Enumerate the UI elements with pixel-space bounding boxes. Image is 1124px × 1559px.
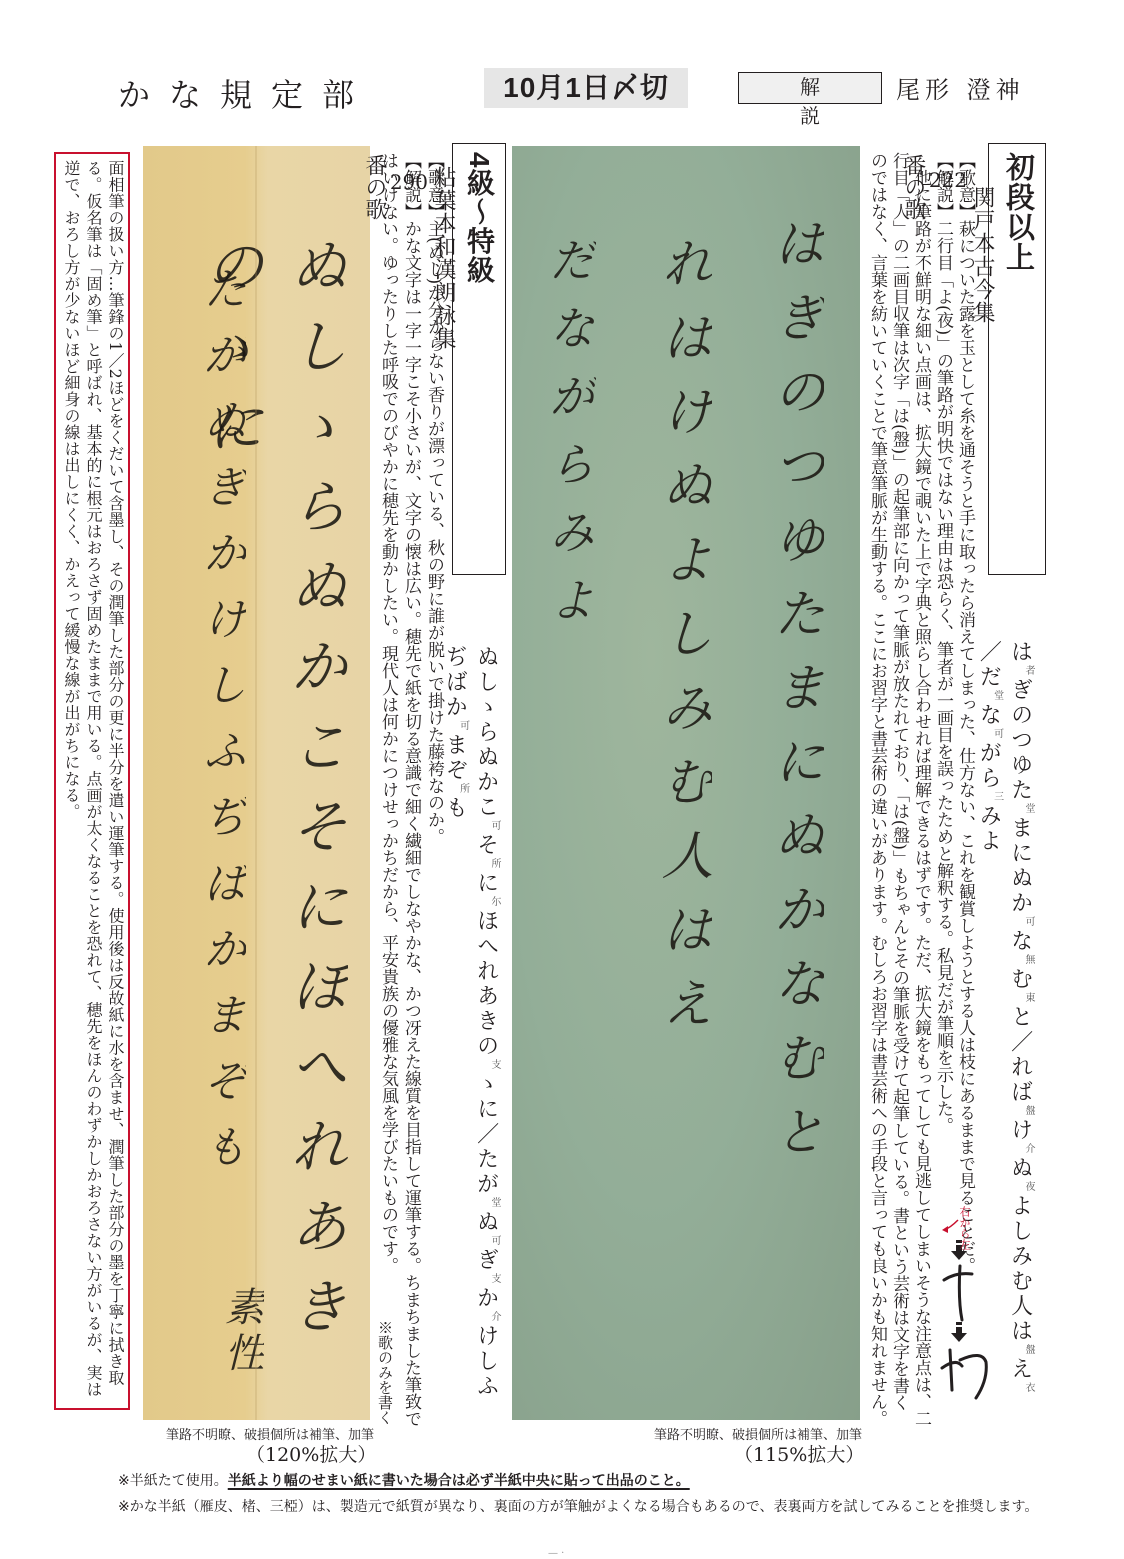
source-kanji-annotation: 可	[992, 728, 1003, 741]
photo-scale-left: （120%拡大）	[246, 1440, 376, 1467]
grade-label: 4級〜特級	[459, 152, 499, 566]
poem-segment: ぎ	[474, 1248, 499, 1273]
source-kanji-annotation: 介	[489, 1311, 500, 1324]
source-kanji-annotation: 堂	[992, 690, 1003, 703]
poem-segment: は	[1008, 640, 1033, 665]
section-title: かな規定部	[118, 70, 373, 116]
grade-label: 初段以上	[998, 152, 1039, 566]
poem-number: 222	[929, 168, 967, 566]
calligraphy-photo-shodan: はぎのつゆたまにぬかなむと れはけぬよしみむ人はえ だながらみよ	[512, 146, 860, 1420]
photo-scale-right: （115%拡大）	[734, 1440, 864, 1467]
poem-segment: え	[1008, 1357, 1033, 1382]
poem-segment: ぎのつゆ	[1008, 678, 1033, 778]
brush-stroke-2	[942, 1350, 986, 1398]
poem-segment: よしみむ人	[1008, 1194, 1033, 1319]
grade-box-4kyu: 4級〜特級 粘葉本和漢朗詠集 290 番の歌	[452, 143, 506, 575]
footer-note-1: ※半紙たて使用。半紙より幅のせまい紙に書いた場合は必ず半紙中央に貼って出品のこと…	[118, 1470, 690, 1490]
poem-number-suffix: 番の歌	[898, 154, 929, 566]
poem-segment: か	[442, 695, 467, 720]
poem-segment: がら	[976, 741, 1001, 791]
source-title: 関戸本古今集	[967, 186, 998, 566]
source-title: 粘葉本和漢朗詠集	[428, 166, 459, 566]
source-kanji-annotation: 三	[992, 791, 1003, 804]
poem-segment: の	[474, 1034, 499, 1059]
poem-segment: ／だ	[976, 640, 1001, 690]
source-kanji-annotation: 堂	[489, 1197, 500, 1210]
brush-column-3: だながらみよ	[536, 236, 602, 936]
source-kanji-annotation: 堂	[1023, 803, 1034, 816]
poem-segment: か	[474, 1286, 499, 1311]
source-kanji-annotation: 東	[1023, 992, 1034, 1005]
poem-segment: まにぬ	[1008, 816, 1033, 891]
poem-segment: まぞ	[442, 733, 467, 783]
footer-note-2: ※かな半紙（雁皮、楮、三椏）は、製造元で紙質が異なり、裏面の方が筆触がよくなる場…	[118, 1496, 1038, 1516]
poem-segment: ゝに／た	[474, 1072, 499, 1172]
brush-handling-note: 面相筆の扱い方…筆鋒の1／2ほどをくだいて含墨し、その潤筆した部分の更に半分を遣…	[54, 152, 130, 1410]
source-kanji-annotation: 盤	[1023, 1344, 1034, 1357]
poem-segment: も	[442, 796, 467, 821]
source-kanji-annotation: 者	[1023, 665, 1034, 678]
stroke-direction-label: 右から左	[956, 1206, 972, 1250]
source-kanji-annotation: 無	[1023, 954, 1034, 967]
poem-segment: ぬしゝらぬか	[474, 645, 499, 795]
grade-box-shodan: 初段以上 関戸本古今集 222 番の歌	[988, 143, 1046, 575]
seal-signature: 素性	[213, 1286, 270, 1378]
poem-segment: みよ	[976, 804, 1001, 854]
brush-column-2: れはけぬよしみむ人はえ	[645, 236, 720, 1336]
poem-segment: こ	[474, 795, 499, 820]
poem-segment: な	[976, 703, 1001, 728]
source-kanji-annotation: 尓	[489, 896, 500, 909]
author-name: 尾形 澄神	[896, 70, 1025, 105]
poem-segment: そ	[474, 833, 499, 858]
source-kanji-annotation: 支	[489, 1059, 500, 1072]
poem-segment: た	[1008, 778, 1033, 803]
calligraphy-photo-4kyu: ぬしゝらぬかこそにほへれあきのゝに たがぬぎかけしふぢばかまぞも 素性	[143, 146, 370, 1420]
source-kanji-annotation: 可	[489, 820, 500, 833]
poem-segment: は	[1008, 1319, 1033, 1344]
poem-segment: な	[1008, 929, 1033, 954]
poem-segment: ぬ	[474, 1210, 499, 1235]
source-kanji-annotation: 支	[489, 1273, 500, 1286]
note-text: 面相筆の扱い方…筆鋒の1／2ほどをくだいて含墨し、その潤筆した部分の更に半分を遣…	[60, 160, 126, 1402]
poem-segment: ぬ	[1008, 1156, 1033, 1181]
source-kanji-annotation: 衣	[1023, 1382, 1034, 1395]
brush-column-2: たがぬぎかけしふぢばかまぞも	[188, 266, 252, 1266]
brush-stroke-1	[944, 1266, 972, 1320]
source-kanji-annotation: 介	[1023, 1143, 1034, 1156]
source-kanji-annotation: 可	[458, 720, 469, 733]
paper-seam	[255, 146, 257, 1420]
source-kanji-annotation: 可	[489, 1235, 500, 1248]
footer-emphasis: 半紙より幅のせまい紙に書いた場合は必ず半紙中央に貼って出品のこと。	[228, 1473, 690, 1489]
kaisetsu-label: 解 説	[738, 72, 882, 104]
poem-segment: に	[474, 871, 499, 896]
page-number: — ·	[548, 1548, 564, 1559]
poem-transcription-shodan: は者ぎのつゆた堂まにぬか可な無む東と／れば盤け介ぬ夜よしみむ人は盤え衣／だ堂な可…	[996, 640, 1036, 1400]
source-kanji-annotation: 夜	[1023, 1181, 1034, 1194]
poem-segment: と／れ	[1008, 1005, 1033, 1080]
poem-number-suffix: 番の歌	[359, 154, 390, 566]
source-kanji-annotation: 盤	[1023, 1105, 1034, 1118]
poem-segment: ば	[1008, 1080, 1033, 1105]
source-kanji-annotation: 所	[489, 858, 500, 871]
poem-only-note: ※歌のみを書く	[372, 1320, 396, 1430]
poem-segment: か	[1008, 891, 1033, 916]
poem-transcription-4kyu: ぬしゝらぬかこ可そ所に尓ほへれあきの支ゝに／たが堂ぬ可ぎ支か介けしふぢばか可まぞ…	[462, 645, 502, 1405]
poem-segment: け	[1008, 1118, 1033, 1143]
poem-segment: む	[1008, 967, 1033, 992]
poem-number: 290	[390, 170, 428, 566]
deadline-badge: 10月1日〆切	[484, 68, 688, 108]
brush-column-1: はぎのつゆたまにぬかなむと	[757, 216, 832, 1416]
down-arrow-icon	[951, 1322, 967, 1342]
poem-segment: が	[474, 1172, 499, 1197]
source-kanji-annotation: 可	[1023, 916, 1034, 929]
source-kanji-annotation: 所	[458, 783, 469, 796]
poem-segment: ほへれあき	[474, 909, 499, 1034]
